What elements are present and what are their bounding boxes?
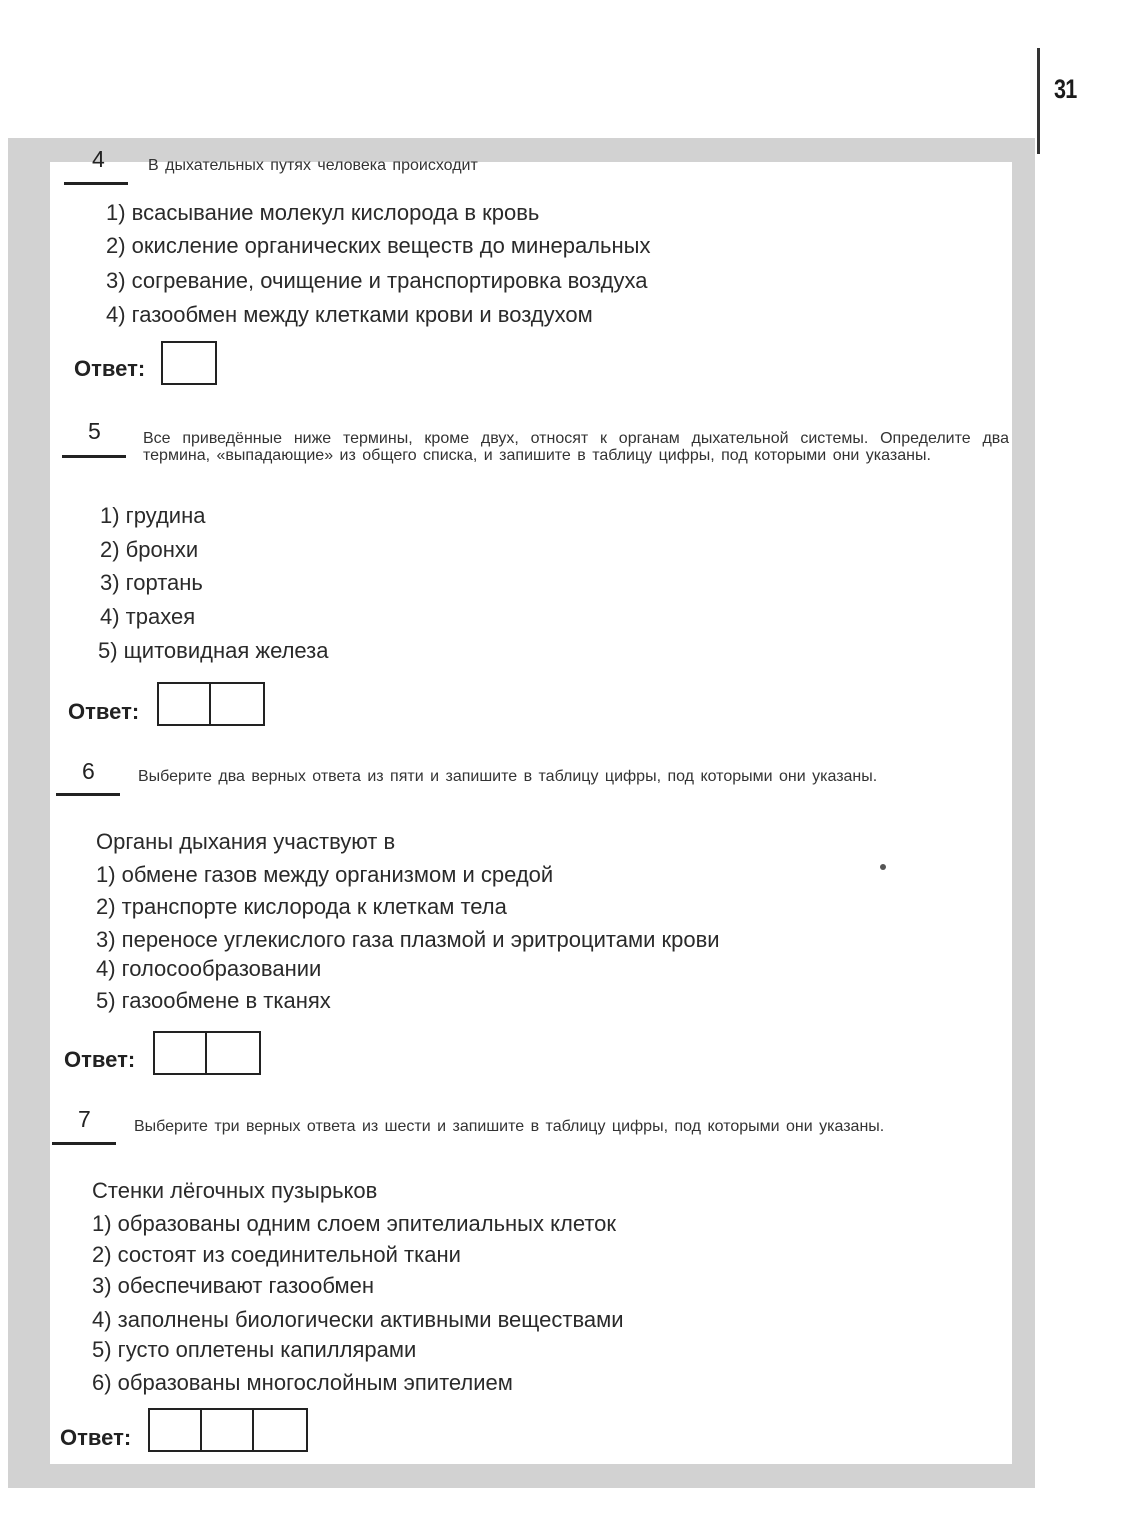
option-3: 3) гортань — [100, 570, 203, 596]
option-6: 6) образованы многослойным эпителием — [92, 1370, 513, 1396]
option-3: 3) обеспечивают газообмен — [92, 1273, 374, 1299]
option-4: 4) трахея — [100, 604, 195, 630]
option-4: 4) газообмен между клетками крови и возд… — [106, 302, 593, 328]
option-3: 3) переносе углекислого газа плазмой и э… — [96, 927, 720, 953]
option-5: 5) густо оплетены капиллярами — [92, 1337, 416, 1363]
question-number: 6 — [82, 758, 95, 785]
option-2: 2) окисление органических веществ до мин… — [106, 233, 650, 259]
answer-label: Ответ: — [60, 1425, 131, 1451]
answer-cell[interactable] — [155, 1033, 207, 1073]
option-4: 4) заполнены биологически активными веще… — [92, 1307, 624, 1333]
answer-box[interactable] — [148, 1408, 308, 1452]
scan-speck — [880, 864, 886, 870]
option-5: 5) щитовидная железа — [98, 638, 328, 664]
answer-cell[interactable] — [207, 1033, 259, 1073]
answer-box[interactable] — [153, 1031, 261, 1075]
question-number: 5 — [88, 418, 101, 445]
question-underline — [64, 182, 128, 185]
question-underline — [56, 793, 120, 796]
option-2: 2) состоят из соединительной ткани — [92, 1242, 461, 1268]
question-underline — [52, 1142, 116, 1145]
option-2: 2) бронхи — [100, 537, 198, 563]
option-3: 3) согревание, очищение и транспортировк… — [106, 268, 647, 294]
option-1: 1) обмене газов между организмом и средо… — [96, 862, 553, 888]
option-1: 1) всасывание молекул кислорода в кровь — [106, 200, 539, 226]
question-number: 7 — [78, 1106, 91, 1133]
page-margin-rule — [1037, 48, 1040, 154]
question-number: 4 — [92, 146, 105, 173]
answer-label: Ответ: — [64, 1047, 135, 1073]
answer-label: Ответ: — [68, 699, 139, 725]
answer-box[interactable] — [161, 341, 217, 385]
option-5: 5) газообмене в тканях — [96, 988, 331, 1014]
answer-cell[interactable] — [163, 343, 215, 383]
question-underline — [62, 455, 126, 458]
answer-cell[interactable] — [254, 1410, 306, 1450]
option-1: 1) образованы одним слоем эпителиальных … — [92, 1211, 616, 1237]
question-lead: Стенки лёгочных пузырьков — [92, 1178, 377, 1204]
question-instruction: В дыхательных путях человека происходит — [148, 157, 848, 174]
option-1: 1) грудина — [100, 503, 205, 529]
option-4: 4) голосообразовании — [96, 956, 321, 982]
option-2: 2) транспорте кислорода к клеткам тела — [96, 894, 507, 920]
page-number: 31 — [1054, 74, 1076, 105]
answer-cell[interactable] — [159, 684, 211, 724]
answer-cell[interactable] — [202, 1410, 254, 1450]
question-instruction: Выберите два верных ответа из пяти и зап… — [138, 768, 1004, 785]
question-lead: Органы дыхания участвуют в — [96, 829, 395, 855]
question-instruction: Все приведённые ниже термины, кроме двух… — [143, 430, 1009, 464]
answer-label: Ответ: — [74, 356, 145, 382]
question-instruction: Выберите три верных ответа из шести и за… — [134, 1118, 1000, 1135]
answer-cell[interactable] — [150, 1410, 202, 1450]
answer-box[interactable] — [157, 682, 265, 726]
answer-cell[interactable] — [211, 684, 263, 724]
